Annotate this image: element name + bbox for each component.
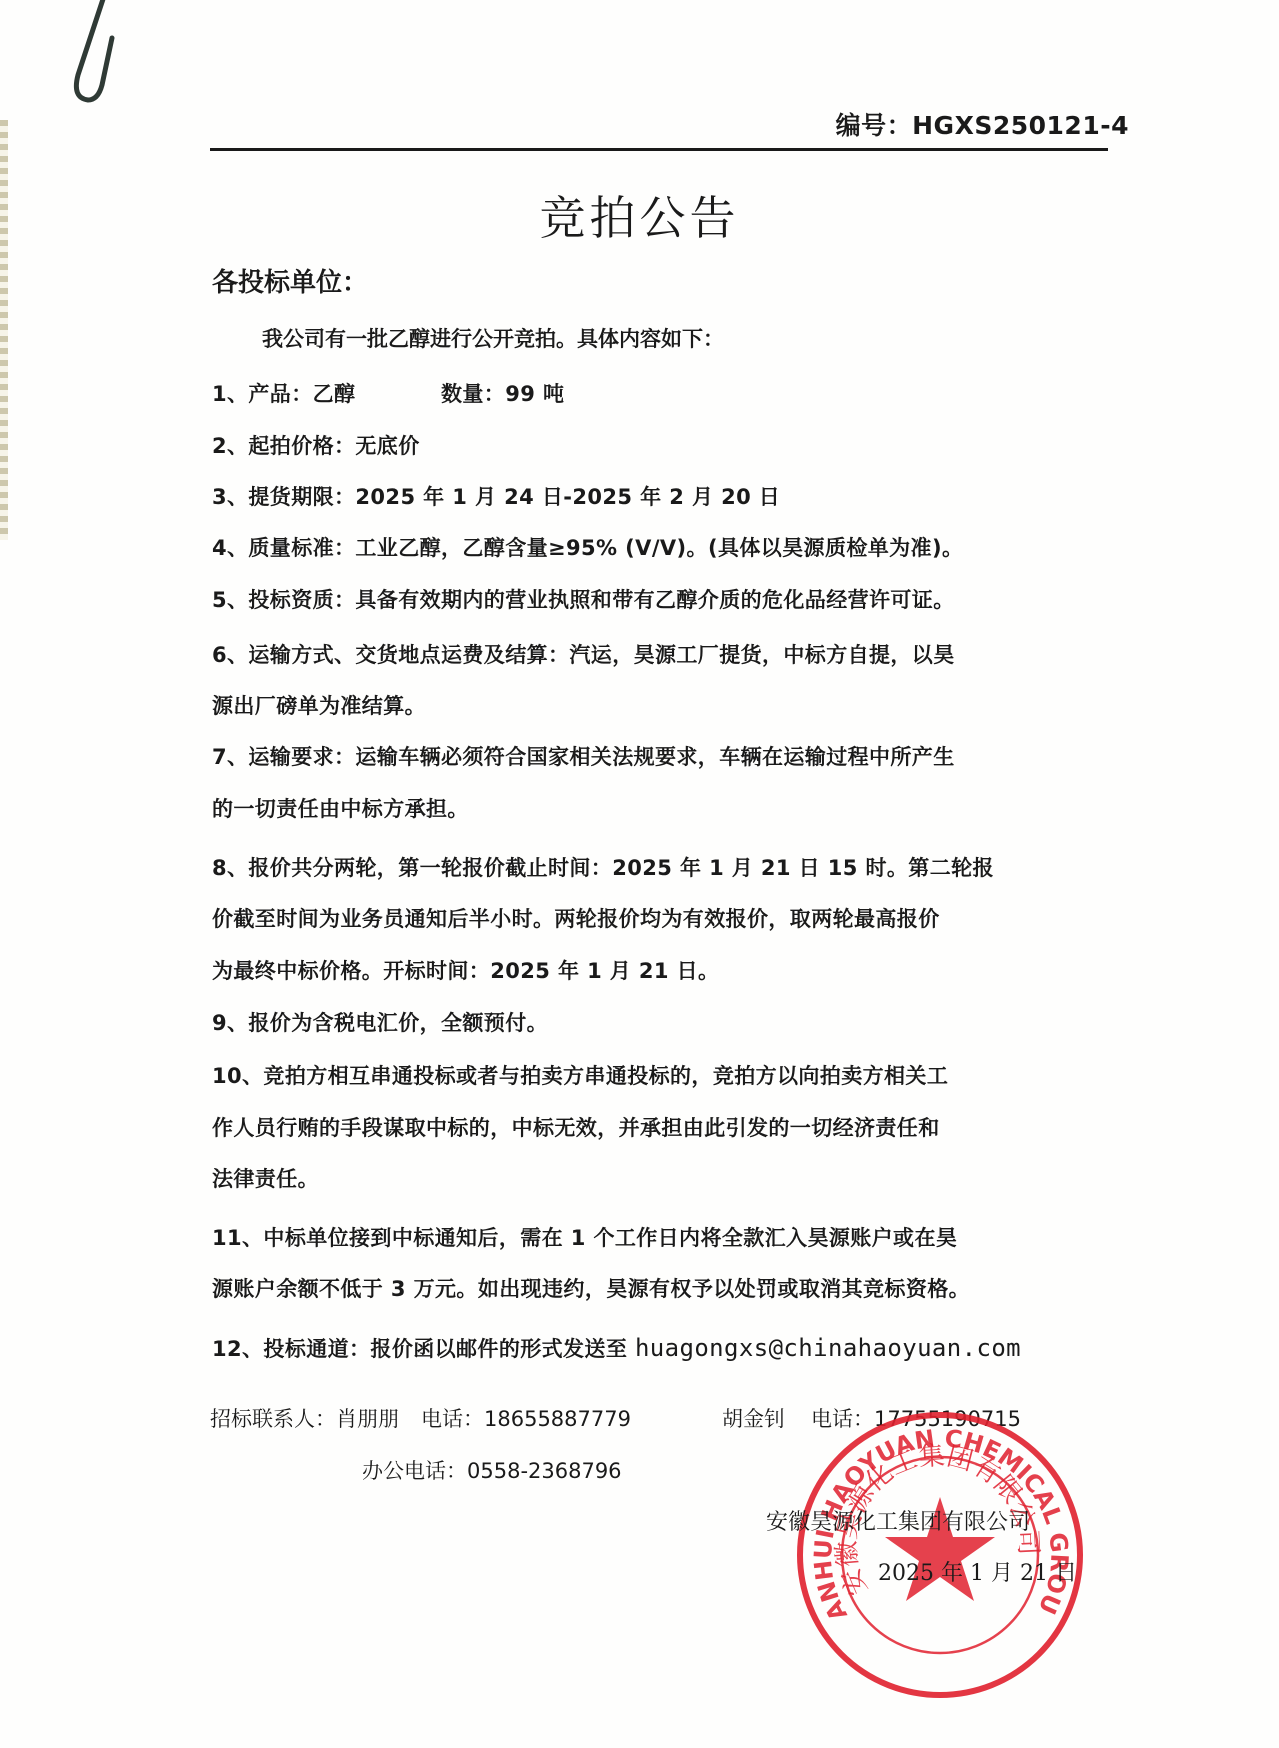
item-7-requirements-line-1: 7、运输要求：运输车辆必须符合国家相关法规要求，车辆在运输过程中所产生 — [212, 741, 955, 771]
item-4-quality-standard: 4、质量标准：工业乙醇，乙醇含量≥95% (V/V)。(具体以昊源质检单为准)。 — [212, 532, 963, 562]
item-6-transport-line-1: 6、运输方式、交货地点运费及结算：汽运，昊源工厂提货，中标方自提，以昊 — [212, 639, 955, 669]
item-8-bidding-rounds-line-3: 为最终中标价格。开标时间：2025 年 1 月 21 日。 — [212, 955, 719, 985]
item-11-winner-obligation-line-2: 源账户余额不低于 3 万元。如出现违约，昊源有权予以处罚或取消其竞标资格。 — [212, 1273, 970, 1303]
item-11-winner-obligation-line-1: 11、中标单位接到中标通知后，需在 1 个工作日内将全款汇入昊源账户或在昊 — [212, 1222, 957, 1252]
item-9-payment: 9、报价为含税电汇价，全额预付。 — [212, 1007, 548, 1037]
contact-row: 招标联系人：肖朋朋电话：18655887779 — [210, 1403, 631, 1433]
signing-date: 2025 年 1 月 21 日 — [878, 1556, 1077, 1587]
item-8-bidding-rounds-line-2: 价截至时间为业务员通知后半小时。两轮报价均为有效报价，取两轮最高报价 — [212, 903, 940, 933]
item-7-requirements-line-2: 的一切责任由中标方承担。 — [212, 793, 469, 823]
contact-1-phone: 电话：18655887779 — [421, 1407, 631, 1431]
document-number: 编号：HGXS250121-4 — [836, 106, 1129, 142]
submission-email-link[interactable]: huagongxs@chinahaoyuan.com — [635, 1334, 1021, 1362]
submission-prefix: 12、投标通道：报价函以邮件的形式发送至 — [212, 1337, 635, 1361]
item-10-collusion-line-3: 法律责任。 — [212, 1163, 319, 1193]
item-3-pickup-period: 3、提货期限：2025 年 1 月 24 日-2025 年 2 月 20 日 — [212, 481, 780, 511]
company-seal-stamp: ANHUI HAOYUAN CHEMICAL GROUP CO., LTD. 安… — [790, 1405, 1090, 1705]
page-title: 竞拍公告 — [0, 182, 1279, 248]
item-10-collusion-line-2: 作人员行贿的手段谋取中标的，中标无效，并承担由此引发的一切经济责任和 — [212, 1112, 940, 1142]
contact-2-name: 胡金钊 — [722, 1407, 785, 1431]
item-12-submission-channel: 12、投标通道：报价函以邮件的形式发送至 huagongxs@chinahaoy… — [212, 1333, 1021, 1363]
contact-1-name: 肖朋朋 — [336, 1407, 399, 1431]
item-10-collusion-line-1: 10、竞拍方相互串通投标或者与拍卖方串通投标的，竞拍方以向拍卖方相关工 — [212, 1060, 948, 1090]
salutation: 各投标单位： — [212, 262, 368, 299]
contact-label: 招标联系人： — [210, 1407, 336, 1431]
intro-paragraph: 我公司有一批乙醇进行公开竞拍。具体内容如下： — [262, 323, 724, 353]
signing-company: 安徽昊源化工集团有限公司 — [766, 1505, 1030, 1536]
header-divider — [210, 148, 1108, 151]
item-8-bidding-rounds-line-1: 8、报价共分两轮，第一轮报价截止时间：2025 年 1 月 21 日 15 时。… — [212, 852, 994, 882]
item-2-starting-price: 2、起拍价格：无底价 — [212, 430, 420, 460]
item-5-qualification: 5、投标资质：具备有效期内的营业执照和带有乙醇介质的危化品经营许可证。 — [212, 584, 955, 614]
item-6-transport-line-2: 源出厂磅单为准结算。 — [212, 690, 426, 720]
item-1-product: 1、产品：乙醇 数量：99 吨 — [212, 378, 564, 408]
office-phone: 办公电话：0558-2368796 — [362, 1455, 622, 1485]
paper-clip-icon — [62, 0, 122, 120]
